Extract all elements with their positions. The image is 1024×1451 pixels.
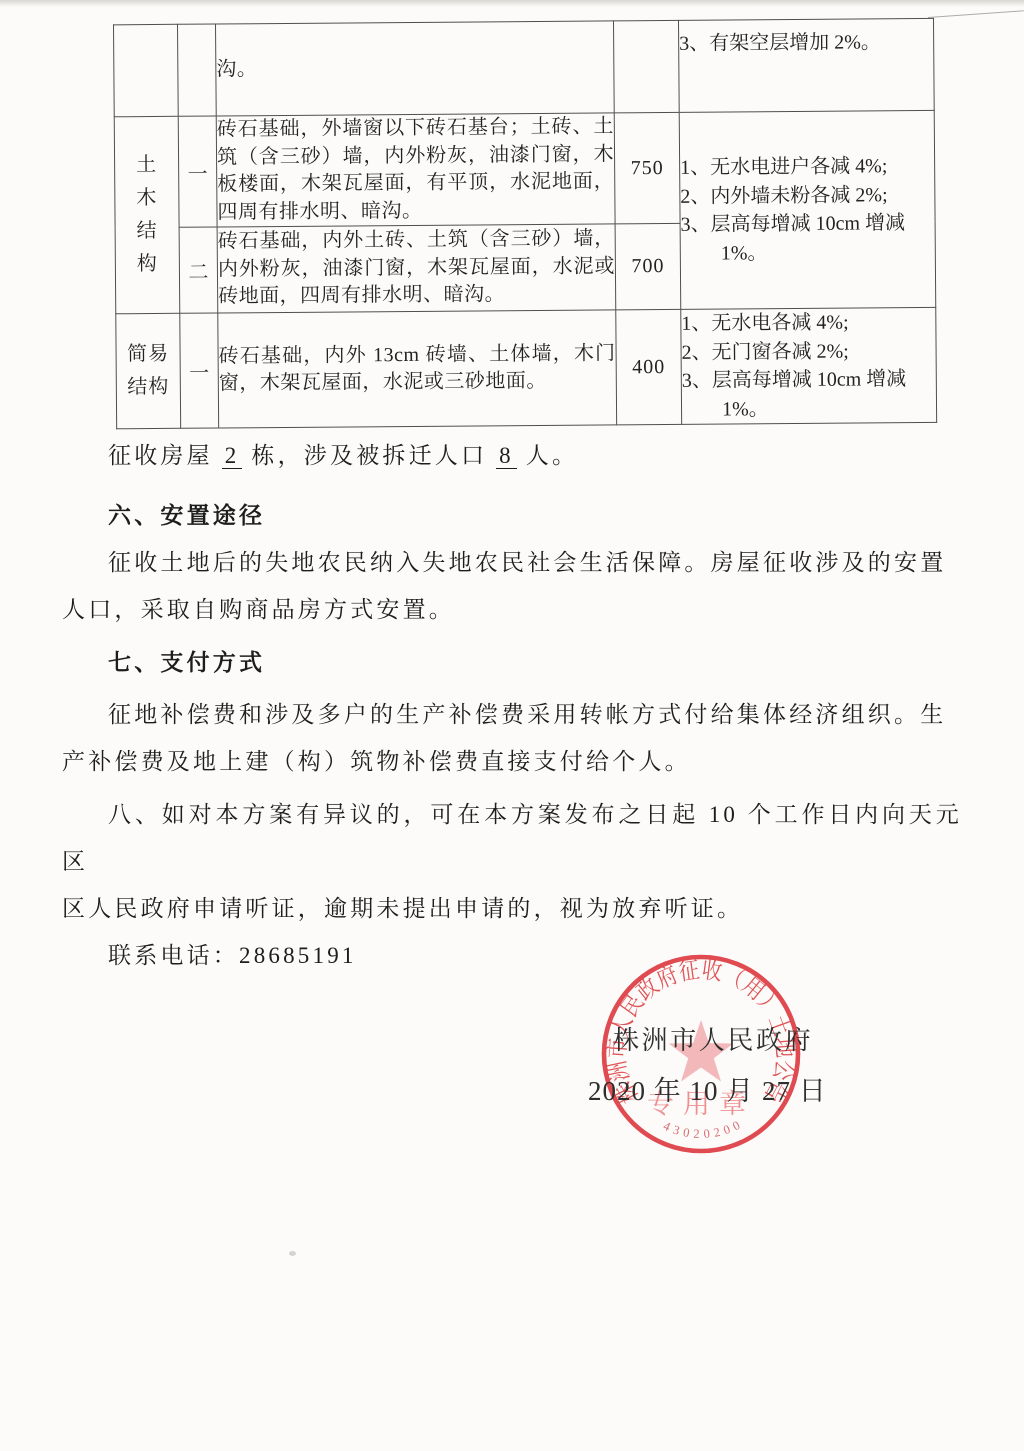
section-heading-seven: 七、支付方式 bbox=[62, 639, 962, 686]
price-cell-empty bbox=[613, 20, 679, 113]
subtype-cell: 一 bbox=[178, 116, 217, 227]
description-cell: 砖石基础，内外土砖、土筑（含三砂）墙，内外粉灰，油漆门窗，木架瓦屋面，水泥或砖地… bbox=[217, 224, 616, 313]
scan-speck bbox=[289, 1251, 296, 1256]
table-row-tumu-1: 土 木 结 构 一 砖石基础，外墙窗以下砖石基台；土砖、土筑（含三砂）墙，内外粉… bbox=[114, 110, 935, 227]
remark-item: 3、层高每增减 10cm 增减 1%。 bbox=[680, 209, 934, 268]
summary-line: 征收房屋 2 栋，涉及被拆迁人口 8 人。 bbox=[62, 432, 962, 479]
subtype-cell-empty bbox=[178, 24, 217, 116]
paragraph-eight: 八、如对本方案有异议的，可在本方案发布之日起 10 个工作日内向天元区 区人民政… bbox=[62, 791, 962, 932]
people-count: 8 bbox=[496, 443, 517, 469]
document-page: 沟。 3、有架空层增加 2%。 土 木 结 构 一 砖石基础，外墙窗以下砖石基台… bbox=[0, 0, 1024, 1451]
remark-cell: 3、有架空层增加 2%。 bbox=[678, 18, 934, 112]
price-cell: 700 bbox=[615, 223, 681, 310]
remark-item: 3、有架空层增加 2%。 bbox=[679, 28, 933, 58]
scan-artifact-line bbox=[928, 10, 1024, 18]
remark-item: 1、无水电各减 4%; bbox=[681, 308, 935, 338]
table-row-jianyi: 简易 结构 一 砖石基础，内外 13cm 砖墙、土体墙，木门窗，木架瓦屋面，水泥… bbox=[116, 307, 937, 428]
paragraph-six: 征收土地后的失地农民纳入失地农民社会生活保障。房屋征收涉及的安置 人口，采取自购… bbox=[62, 539, 962, 633]
section-heading-six: 六、安置途径 bbox=[62, 492, 962, 539]
summary-suffix: 人。 bbox=[517, 443, 578, 468]
price-cell: 750 bbox=[614, 112, 680, 224]
category-cell-empty bbox=[114, 24, 179, 116]
paragraph-seven: 征地补偿费和涉及多户的生产补偿费采用转帐方式付给集体经济组织。生 产补偿费及地上… bbox=[62, 691, 962, 785]
remark-item: 2、内外墙未粉各减 2%; bbox=[680, 180, 934, 210]
remark-item: 3、层高每增减 10cm 增减 1%。 bbox=[682, 365, 936, 424]
description-cell: 沟。 bbox=[216, 21, 615, 116]
price-cell: 400 bbox=[616, 309, 682, 425]
category-cell-jianyi: 简易 结构 bbox=[116, 313, 181, 428]
signature-date: 2020 年 10 月 27 日 bbox=[588, 1074, 827, 1108]
scan-edge-shading bbox=[0, 0, 1024, 7]
subtype-cell: 一 bbox=[180, 313, 219, 428]
summary-prefix: 征收房屋 bbox=[108, 443, 222, 468]
description-cell: 砖石基础，内外 13cm 砖墙、土体墙，木门窗，木架瓦屋面，水泥或三砂地面。 bbox=[218, 310, 617, 428]
description-cell: 砖石基础，外墙窗以下砖石基台；土砖、土筑（含三砂）墙，内外粉灰，油漆门窗，木板楼… bbox=[216, 113, 615, 227]
summary-middle: 栋，涉及被拆迁人口 bbox=[242, 443, 496, 468]
remark-cell-jianyi: 1、无水电各减 4%; 2、无门窗各减 2%; 3、层高每增减 10cm 增减 … bbox=[681, 307, 937, 424]
compensation-table: 沟。 3、有架空层增加 2%。 土 木 结 构 一 砖石基础，外墙窗以下砖石基台… bbox=[113, 18, 937, 429]
buildings-count: 2 bbox=[222, 443, 243, 469]
remark-item: 1、无水电进户各减 4%; bbox=[680, 152, 934, 182]
document-body: 征收房屋 2 栋，涉及被拆迁人口 8 人。 六、安置途径 征收土地后的失地农民纳… bbox=[62, 432, 962, 979]
category-cell-tumu: 土 木 结 构 bbox=[114, 116, 180, 313]
remark-item: 2、无门窗各减 2%; bbox=[681, 336, 935, 366]
table-row-carryover: 沟。 3、有架空层增加 2%。 bbox=[114, 18, 935, 116]
remark-cell-tumu: 1、无水电进户各减 4%; 2、内外墙未粉各减 2%; 3、层高每增减 10cm… bbox=[679, 110, 936, 309]
signature-issuer: 株洲市人民政府 bbox=[613, 1024, 813, 1058]
subtype-cell: 二 bbox=[179, 227, 218, 313]
contact-line: 联系电话：28685191 bbox=[62, 932, 962, 979]
